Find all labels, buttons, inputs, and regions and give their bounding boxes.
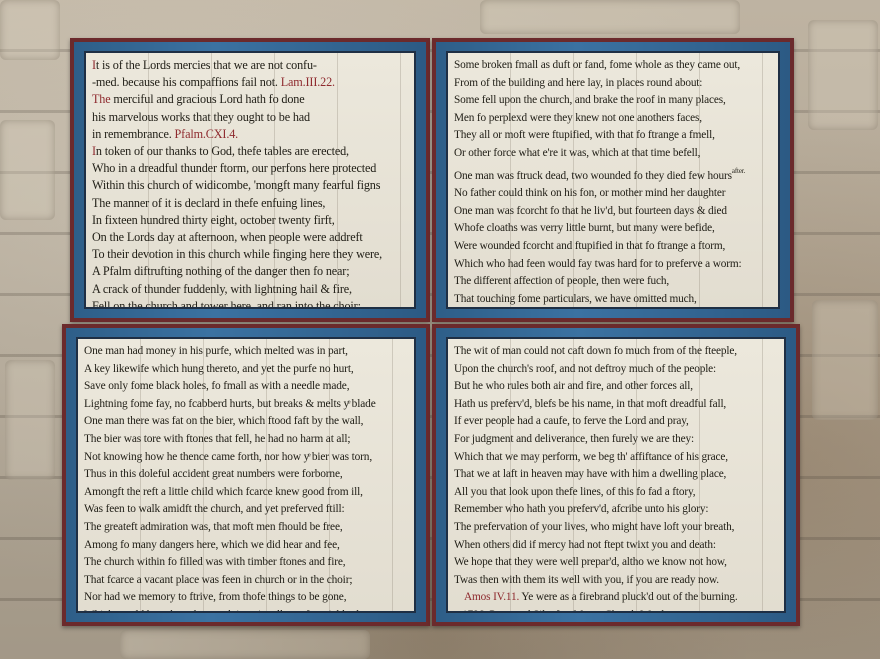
board-top-right: Some broken fmall as duft or fand, fome …	[432, 38, 794, 322]
text-line: For judgment and deliverance, then furel…	[454, 431, 778, 449]
text-line: They all or moft were ftupified, with th…	[454, 127, 772, 145]
text-line: It is of the Lords mercies that we are n…	[92, 57, 408, 74]
text-line: On the Lords day at afternoon, when peop…	[92, 229, 408, 246]
text-line: But what we here related have, is truth …	[454, 308, 772, 309]
stone-block	[480, 0, 740, 34]
text-line: Twas then with them its well with you, i…	[454, 572, 778, 590]
text-line: A crack of thunder fuddenly, with lightn…	[92, 281, 408, 298]
text-line: If ever people had a caufe, to ferve the…	[454, 413, 778, 431]
board-frame: The wit of man could not caft down fo mu…	[436, 328, 796, 622]
text-line: When others did if mercy had not ftept t…	[454, 537, 778, 555]
board-top-left: It is of the Lords mercies that we are n…	[70, 38, 430, 322]
text-line: Amongft the reft a little child which fc…	[84, 484, 408, 502]
text-line: Not knowing how he thence came forth, no…	[84, 449, 408, 467]
signature-line: 1786. Peter and Silvefter Mann, Church-W…	[454, 607, 778, 613]
text-line: Upon the church's roof, and not deftroy …	[454, 361, 778, 379]
text-line: In token of our thanks to God, thefe tab…	[92, 143, 408, 160]
scripture-reference: Amos IV.11.	[464, 591, 519, 603]
board-panel: Some broken fmall as duft or fand, fome …	[446, 51, 780, 309]
text-line: The wit of man could not caft down fo mu…	[454, 343, 778, 361]
text-line: A Pfalm diftrufting nothing of the dange…	[92, 263, 408, 280]
text-line: All you that look upon thefe lines, of t…	[454, 484, 778, 502]
text-line: Were wounded fcorcht and ftupified in th…	[454, 238, 772, 256]
text-line: Remember who hath you preferv'd, afcribe…	[454, 501, 778, 519]
stone-block	[0, 120, 55, 220]
stone-block	[808, 20, 878, 130]
text-line: Hath us preferv'd, blefs be his name, in…	[454, 396, 778, 414]
stone-block	[812, 300, 878, 420]
text-line: Was feen to walk amidft the church, and …	[84, 501, 408, 519]
text-line: Which would have been but work in vain, …	[84, 607, 408, 613]
text-line: That touching fome particulars, we have …	[454, 291, 772, 309]
text-line: The manner of it is declard in thefe enf…	[92, 195, 408, 212]
text-line: Save only fome black holes, fo fmall as …	[84, 378, 408, 396]
text-line: -med. because his compaffions fail not. …	[92, 74, 408, 91]
text-line: Which who had feen would fay twas hard f…	[454, 256, 772, 274]
stone-block	[0, 0, 60, 60]
text-line: Fell on the church and tower here, and r…	[92, 298, 408, 309]
text-line: One man there was fat on the bier, which…	[84, 413, 408, 431]
board-frame: One man had money in his purfe, which me…	[66, 328, 426, 622]
board-bottom-left: One man had money in his purfe, which me…	[62, 324, 430, 626]
text-line: Lightning fome fay, no fcabberd hurts, b…	[84, 396, 408, 414]
text-line: One man had money in his purfe, which me…	[84, 343, 408, 361]
board-panel: One man had money in his purfe, which me…	[76, 337, 416, 613]
text-line: That we at laft in heaven may have with …	[454, 466, 778, 484]
text-line: The merciful and gracious Lord hath fo d…	[92, 91, 408, 108]
text-line: Nor had we memory to ftrive, from thofe …	[84, 589, 408, 607]
board-panel: It is of the Lords mercies that we are n…	[84, 51, 416, 309]
text-line: A key likewife which hung thereto, and y…	[84, 361, 408, 379]
stone-block	[5, 360, 55, 480]
scripture-line: Amos IV.11. Ye were as a firebrand pluck…	[454, 589, 778, 607]
text-line: Among fo many dangers here, which we did…	[84, 537, 408, 555]
board-frame: Some broken fmall as duft or fand, fome …	[436, 42, 790, 318]
text-line: The different affection of people, then …	[454, 273, 772, 291]
text-line: Some fell upon the church, and brake the…	[454, 92, 772, 110]
text-line: Thus in this doleful accident great numb…	[84, 466, 408, 484]
text-line: The prefervation of your lives, who migh…	[454, 519, 778, 537]
text-line: in remembrance. Pfalm.CXI.4.	[92, 126, 408, 143]
text-line: One man was ftruck dead, two wounded fo …	[454, 163, 772, 186]
text-line: Who in a dreadful thunder ftorm, our per…	[92, 160, 408, 177]
text-line: That fcarce a vacant place was feen in c…	[84, 572, 408, 590]
text-line: Within this church of widicombe, 'mongft…	[92, 177, 408, 194]
text-line: Which that we may perform, we beg th' af…	[454, 449, 778, 467]
text-line: his marvelous works that they ought to b…	[92, 109, 408, 126]
text-line: The greateft admiration was, that moft m…	[84, 519, 408, 537]
text-line: Or other force what e're it was, which a…	[454, 145, 772, 163]
board-frame: It is of the Lords mercies that we are n…	[74, 42, 426, 318]
text-line: We hope that they were well prepar'd, al…	[454, 554, 778, 572]
text-line: Some broken fmall as duft or fand, fome …	[454, 57, 772, 75]
text-line: The bier was tore with ftones that fell,…	[84, 431, 408, 449]
text-line: To their devotion in this church while f…	[92, 246, 408, 263]
board-panel: The wit of man could not caft down fo mu…	[446, 337, 786, 613]
board-bottom-right: The wit of man could not caft down fo mu…	[432, 324, 800, 626]
text-line: But he who rules both air and fire, and …	[454, 378, 778, 396]
text-line: From of the building and here lay, in pl…	[454, 75, 772, 93]
text-line: Whofe cloaths was verry little burnt, bu…	[454, 220, 772, 238]
text-line: The church within fo filled was with tim…	[84, 554, 408, 572]
stone-block	[120, 630, 370, 659]
text-line: Men fo perplexd were they knew not one a…	[454, 110, 772, 128]
text-line: One man was fcorcht fo that he liv'd, bu…	[454, 203, 772, 221]
text-line: In fixteen hundred thirty eight, october…	[92, 212, 408, 229]
text-line: No father could think on his fon, or mot…	[454, 185, 772, 203]
